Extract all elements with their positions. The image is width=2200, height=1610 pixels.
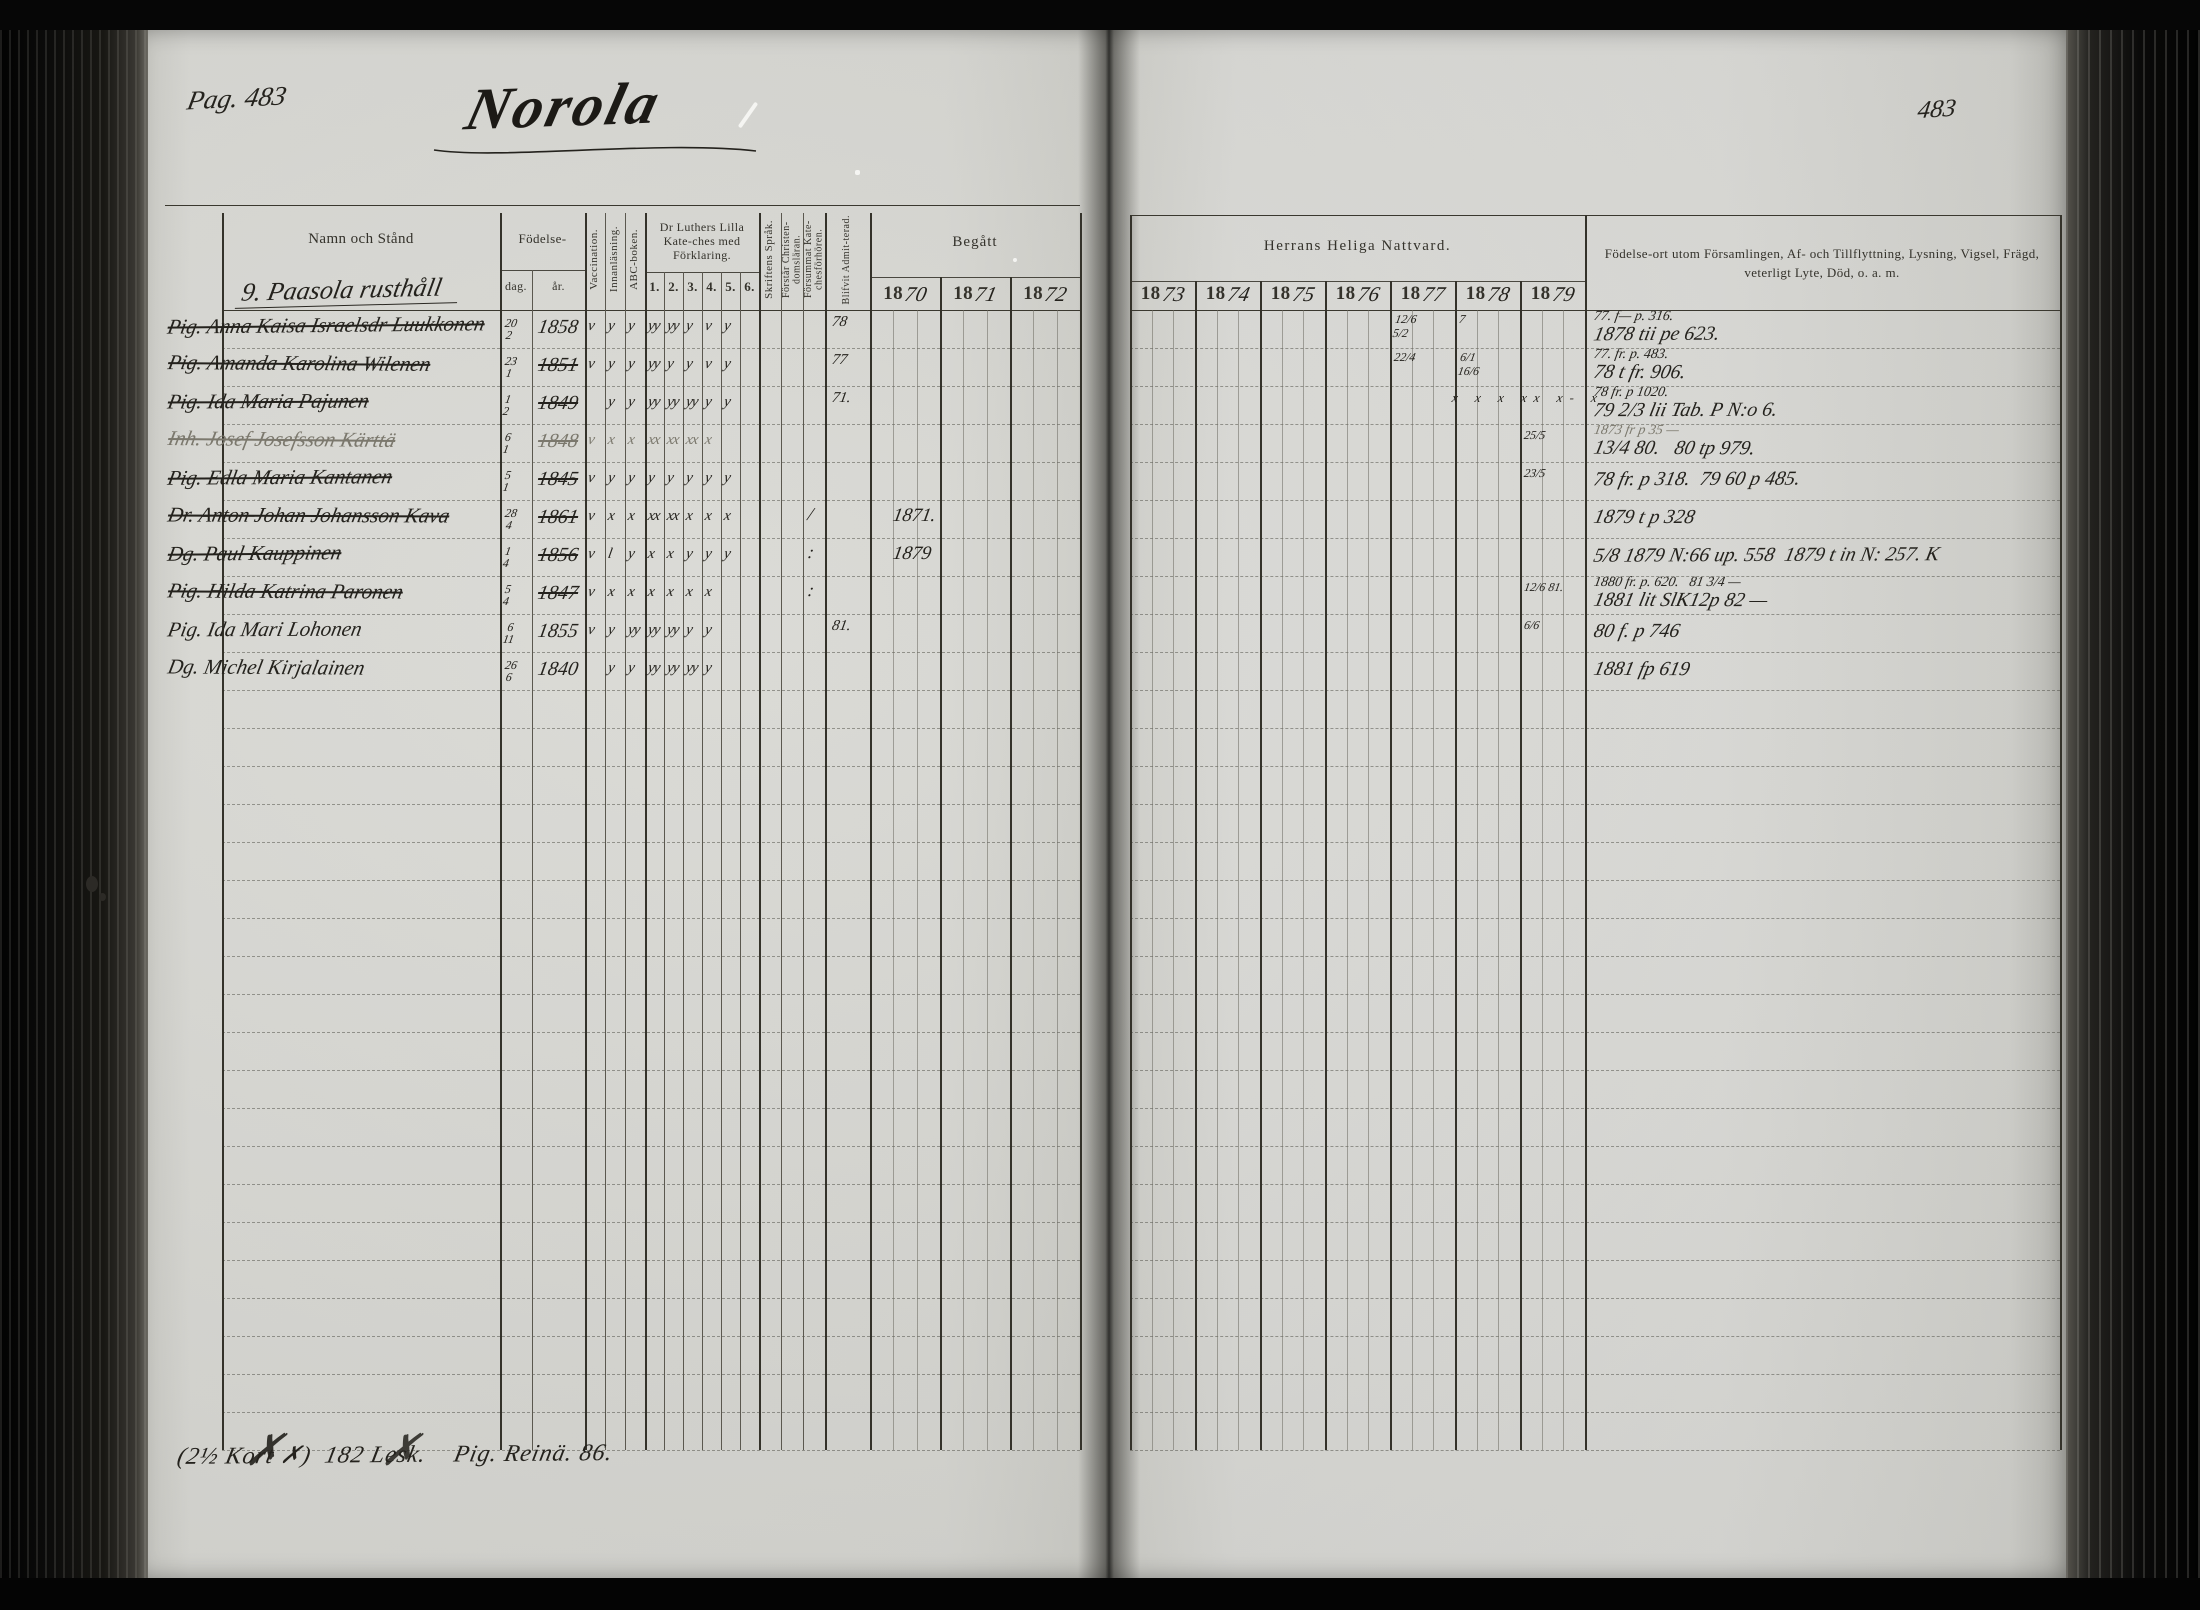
- begatt-subline: [1033, 310, 1034, 1450]
- row-birth-year: 1861: [536, 508, 579, 527]
- nattvard-subline: [1152, 310, 1153, 1450]
- row-mark: x: [685, 585, 693, 599]
- right-row-line: [1130, 728, 2060, 729]
- right-row-line: [1130, 956, 2060, 957]
- row-begatt-1870: 1871.: [891, 507, 937, 525]
- left-header-bottom: [222, 310, 1080, 311]
- row-birth-day: 202: [502, 317, 518, 341]
- vlabel-0: Vaccination.: [585, 213, 605, 306]
- year-1873s-3: 1876: [1325, 282, 1390, 306]
- row-mark: x: [704, 585, 712, 599]
- left-row-line: [222, 1108, 1080, 1109]
- vlabel2-3-text: Blifvit Admit-terad.: [842, 215, 853, 304]
- row-birth-day: 54: [502, 583, 512, 607]
- row-mark: yy: [685, 395, 699, 409]
- right-row-line: [1130, 918, 2060, 919]
- row-birth-day: 231: [502, 355, 518, 379]
- left-row-line: [222, 386, 1080, 387]
- row-mark: y: [627, 395, 635, 409]
- right-row-line: [1130, 1108, 2060, 1109]
- row-name: Pig. Ida Maria Pajunen: [166, 391, 371, 412]
- kateches-col-number: 6.: [740, 278, 759, 296]
- row-name: Dr. Anton Johan Johansson Kava: [166, 506, 451, 527]
- nattvard-year-line: [1390, 281, 1392, 1450]
- vlabel2-1: Förstår Christen-domsläran.: [781, 213, 803, 306]
- kateches-col-number: 1.: [645, 278, 664, 296]
- row-nattvard-1879: 12/6 81.: [1523, 581, 1565, 595]
- row-mark: xx: [647, 433, 661, 447]
- nattvard-subline: [1542, 310, 1543, 1450]
- row-mark: y: [607, 623, 615, 637]
- kateches-col-number: 4.: [702, 278, 721, 296]
- row-mark: v: [587, 585, 595, 599]
- year-1873s-3-written: 76: [1355, 282, 1382, 307]
- row-mark: y: [685, 357, 693, 371]
- left-row-line: [222, 1032, 1080, 1033]
- right-row-line: [1130, 1260, 2060, 1261]
- row-birth-year: 1849: [536, 394, 579, 413]
- row-mark: v: [587, 509, 595, 523]
- row-birth-year: 1858: [536, 318, 579, 337]
- fodelse-divider: [500, 270, 585, 271]
- year-1873s-2: 1875: [1260, 282, 1325, 306]
- row-mark: xx: [666, 433, 680, 447]
- row-mark: y: [685, 547, 693, 561]
- row-admitterad: 81.: [831, 619, 852, 633]
- row-mark: xx: [685, 433, 699, 447]
- row-mark: yy: [685, 661, 699, 675]
- year-1873s-0-written: 73: [1160, 282, 1187, 307]
- right-row-line: [1130, 1070, 2060, 1071]
- right-row-line: [1130, 804, 2060, 805]
- row-name: Dg. Paul Kauppinen: [166, 543, 343, 564]
- row-birth-day-frac: 54: [502, 583, 512, 607]
- nattvard-subline: [1238, 310, 1239, 1450]
- vlabel-0-text: Vaccination.: [589, 229, 601, 290]
- year-1873s-4-written: 77: [1420, 282, 1447, 307]
- left-row-line: [222, 1336, 1080, 1337]
- row-birth-year: 1848: [536, 432, 579, 451]
- row-mark: x: [607, 585, 615, 599]
- row-mark: xx: [666, 509, 680, 523]
- right-row-line: [1130, 1374, 2060, 1375]
- row-remark-line2: 80 f. p 746: [1592, 622, 1682, 641]
- row-mark: v: [587, 357, 595, 371]
- row-mark: v: [587, 319, 595, 333]
- left-table-top-rule: [165, 205, 1080, 206]
- row-remark-line2: 5/8 1879 N:66 up. 558 1879 t in N: 257. …: [1592, 545, 1941, 566]
- vlabel-1: Innanläsning.: [605, 213, 625, 306]
- row-name: Pig. Amanda Karolina Wilenen: [166, 353, 432, 375]
- nattvard-subline: [1498, 310, 1499, 1450]
- begatt-subline: [987, 310, 988, 1450]
- vlabel2-0: Skriftens Språk.: [759, 213, 781, 306]
- row-nattvard-1878: 7: [1458, 313, 1466, 327]
- left-col-line: [870, 213, 872, 1450]
- row-mark: x: [627, 509, 635, 523]
- row-name: Pig. Ida Mari Lohonen: [166, 620, 364, 641]
- left-row-line: [222, 766, 1080, 767]
- row-mark: y: [723, 395, 731, 409]
- left-row-line: [222, 614, 1080, 615]
- row-remark-line1: 78 fr. p 1020.: [1593, 386, 1670, 399]
- left-row-line: [222, 500, 1080, 501]
- row-birth-year: 1855: [536, 622, 579, 641]
- row-remark-line2: 79 2/3 lii Tab. P N:o 6.: [1592, 401, 1779, 420]
- sprak-group-line: [803, 213, 804, 1450]
- nattvard-year-line: [1195, 281, 1197, 1450]
- year-1873s-5: 1878: [1455, 282, 1520, 306]
- row-forsummat-mark: :: [806, 544, 815, 561]
- row-mark: x: [666, 585, 674, 599]
- row-mark: yy: [666, 661, 680, 675]
- row-mark: y: [607, 319, 615, 333]
- year-1873s-5-written: 78: [1485, 282, 1512, 307]
- year-1873s-1: 1874: [1195, 282, 1260, 306]
- nattvard-subline: [1368, 310, 1369, 1450]
- vlabel2-2-text: Försummat Kate-chesförhören.: [804, 213, 825, 306]
- nattvard-year-line: [1520, 281, 1522, 1450]
- row-birth-day-frac: 231: [502, 355, 518, 379]
- right-row-line: [1130, 690, 2060, 691]
- row-mark: y: [704, 547, 712, 561]
- right-row-line: [1130, 1450, 2060, 1451]
- row-mark: y: [685, 319, 693, 333]
- row-birth-year: 1845: [536, 470, 579, 489]
- row-mark: yy: [666, 623, 680, 637]
- left-row-line: [222, 538, 1080, 539]
- right-row-line: [1130, 1184, 2060, 1185]
- left-row-line: [222, 1184, 1080, 1185]
- right-row-line: [1130, 614, 2060, 615]
- row-mark: y: [627, 661, 635, 675]
- begatt-subline: [963, 310, 964, 1450]
- nattvard-subline: [1477, 310, 1478, 1450]
- right-row-line: [1130, 1032, 2060, 1033]
- row-birth-day-frac: 61: [502, 431, 512, 455]
- row-mark: yy: [647, 319, 661, 333]
- row-remark-line2: 78 t fr. 906.: [1592, 363, 1688, 382]
- row-remark-line2: 1879 t p 328: [1592, 508, 1697, 527]
- row-mark: y: [627, 319, 635, 333]
- right-row-line: [1130, 766, 2060, 767]
- left-row-line: [222, 348, 1080, 349]
- left-row-line: [222, 728, 1080, 729]
- kateches-col-number: 3.: [683, 278, 702, 296]
- row-mark: yy: [647, 661, 661, 675]
- row-mark: y: [666, 471, 674, 485]
- year-1870s-1-written: 71: [972, 282, 999, 307]
- row-birth-day: 611: [502, 621, 517, 645]
- row-begatt-1870: 1879: [891, 545, 932, 563]
- vlabel-1-text: Innanläsning.: [609, 226, 621, 292]
- year-1870s-2-written: 72: [1042, 282, 1069, 307]
- row-name: Inh. Josef Josefsson Kärttä: [166, 429, 397, 451]
- row-name: Dg. Michel Kirjalainen: [166, 657, 366, 678]
- row-mark: x: [627, 585, 635, 599]
- row-mark: v: [587, 547, 595, 561]
- year-1870s-1: 1871: [940, 282, 1010, 306]
- right-row-line: [1130, 880, 2060, 881]
- row-name: Pig. Edla Maria Kantanen: [166, 467, 394, 489]
- begatt-years-top: [870, 277, 1080, 278]
- begatt-subline: [893, 310, 894, 1450]
- right-row-line: [1130, 842, 2060, 843]
- row-forsummat-mark: :: [806, 582, 815, 599]
- row-forsummat-mark: /: [806, 506, 814, 523]
- row-mark: x: [666, 547, 674, 561]
- year-1873s-0: 1873: [1130, 282, 1195, 306]
- row-birth-day-frac: 12: [502, 393, 512, 417]
- row-remark-line1: 77. fr. p. 483.: [1593, 348, 1670, 361]
- row-mark: y: [647, 471, 655, 485]
- vlabel2-0-text: Skriftens Språk.: [764, 220, 776, 299]
- row-birth-day-frac: 14: [502, 545, 512, 569]
- row-birth-year: 1851: [536, 356, 579, 375]
- bottom-note-cross: ✗: [242, 1430, 286, 1472]
- row-remark-line1: 1880 fr. p. 620. 81 3/4 —: [1593, 576, 1742, 589]
- kateches-line: [721, 272, 722, 1450]
- left-row-line: [222, 1146, 1080, 1147]
- row-mark: x: [607, 433, 615, 447]
- row-remark-line2: 1881 fp 619: [1592, 660, 1692, 679]
- nattvard-year-line: [1325, 281, 1327, 1450]
- row-mark: y: [723, 319, 731, 333]
- sprak-group-line: [781, 213, 782, 1450]
- nattvard-subline: [1347, 310, 1348, 1450]
- row-remark-line2: 1881 lit SlK12p 82 —: [1592, 591, 1769, 610]
- row-mark: xx: [647, 509, 661, 523]
- right-row-line: [1130, 538, 2060, 539]
- year-1870s-0-written: 70: [902, 282, 929, 307]
- row-mark: y: [723, 471, 731, 485]
- left-row-line: [222, 424, 1080, 425]
- left-col-line: [825, 213, 827, 1450]
- left-row-line: [222, 994, 1080, 995]
- row-mark: x: [627, 433, 635, 447]
- left-row-line: [222, 1222, 1080, 1223]
- right-row-line: [1130, 652, 2060, 653]
- row-mark: y: [685, 623, 693, 637]
- year-1873s-6: 1879: [1520, 282, 1585, 306]
- row-mark: y: [704, 395, 712, 409]
- row-mark: y: [723, 547, 731, 561]
- row-mark: y: [704, 623, 712, 637]
- row-name: Pig. Hilda Katrina Paronen: [166, 581, 405, 602]
- year-1873s-6-written: 79: [1550, 282, 1577, 307]
- vacc-group-line: [605, 213, 606, 1450]
- year-1873s-2-written: 75: [1290, 282, 1317, 307]
- begatt-year-line: [940, 277, 942, 1450]
- left-row-line: [222, 652, 1080, 653]
- row-birth-year: 1856: [536, 546, 579, 565]
- left-row-line: [222, 804, 1080, 805]
- left-col-line: [759, 213, 761, 1450]
- left-row-line: [222, 1412, 1080, 1413]
- kateches-line: [702, 272, 703, 1450]
- row-mark: v: [587, 471, 595, 485]
- row-mark: y: [627, 547, 635, 561]
- row-mark: v: [704, 357, 712, 371]
- right-row-line: [1130, 1146, 2060, 1147]
- nattvard-subline: [1433, 310, 1434, 1450]
- row-remark-line1: 77. f— p. 316.: [1593, 310, 1675, 323]
- row-admitterad: 78: [831, 315, 849, 329]
- row-mark: y: [685, 471, 693, 485]
- row-birth-day: 12: [502, 393, 512, 417]
- row-mark: y: [607, 471, 615, 485]
- dag-ar-line: [532, 270, 533, 1450]
- row-remark-line2: 78 fr. p 318. 79 60 p 485.: [1592, 470, 1802, 490]
- left-row-line: [222, 880, 1080, 881]
- nattvard-subline: [1303, 310, 1304, 1450]
- left-row-line: [222, 1070, 1080, 1071]
- row-birth-day-frac: 611: [502, 621, 517, 645]
- year-1873s-4: 1877: [1390, 282, 1455, 306]
- bottom-note-cross: ✗: [378, 1430, 422, 1472]
- row-birth-day: 266: [502, 659, 518, 683]
- row-birth-year: 1847: [536, 584, 579, 603]
- left-row-line: [222, 1298, 1080, 1299]
- row-admitterad: 71.: [831, 391, 852, 405]
- row-mark: x: [647, 547, 655, 561]
- left-row-line: [222, 576, 1080, 577]
- row-remark-line2: 13/4 80. 80 tp 979.: [1592, 439, 1757, 459]
- kateches-col-number: 2.: [664, 278, 683, 296]
- row-mark: y: [704, 661, 712, 675]
- row-mark: l: [607, 547, 613, 561]
- row-nattvard-1879: 23/5: [1523, 467, 1547, 481]
- row-birth-day: 284: [502, 507, 518, 531]
- row-birth-day-frac: 51: [502, 469, 512, 493]
- row-nattvard-1879: 6/6: [1523, 619, 1541, 633]
- row-birth-day: 14: [502, 545, 512, 569]
- left-col-line: [1080, 213, 1082, 1450]
- row-mark: y: [607, 395, 615, 409]
- left-row-line: [222, 690, 1080, 691]
- row-mark: yy: [647, 357, 661, 371]
- begatt-subline: [917, 310, 918, 1450]
- right-row-line: [1130, 462, 2060, 463]
- row-mark: yy: [647, 623, 661, 637]
- left-row-line: [222, 462, 1080, 463]
- vacc-group-line: [625, 213, 626, 1450]
- begatt-year-line: [1010, 277, 1012, 1450]
- row-birth-day-frac: 266: [502, 659, 518, 683]
- row-nattvard-1879: 25/5: [1523, 429, 1547, 443]
- right-row-line: [1130, 1336, 2060, 1337]
- row-mark: yy: [666, 395, 680, 409]
- kateches-line: [740, 272, 741, 1450]
- row-mark: y: [666, 357, 674, 371]
- nattvard-subline: [1217, 310, 1218, 1450]
- right-row-line: [1130, 994, 2060, 995]
- row-mark: x: [704, 433, 712, 447]
- row-mark: x: [685, 509, 693, 523]
- nattvard-subline: [1282, 310, 1283, 1450]
- scanned-parish-register: Pag. 483 Norola 483 Namn och Stånd 9. Pa…: [0, 0, 2200, 1610]
- row-mark: v: [587, 433, 595, 447]
- left-row-line: [222, 956, 1080, 957]
- begatt-subline: [1057, 310, 1058, 1450]
- row-mark: yy: [666, 319, 680, 333]
- row-mark: v: [587, 623, 595, 637]
- right-row-line: [1130, 500, 2060, 501]
- right-row-line: [1130, 1412, 2060, 1413]
- right-table-top-rule: [1130, 215, 2060, 216]
- row-birth-day-frac: 284: [502, 507, 518, 531]
- row-birth-year: 1840: [536, 660, 579, 679]
- row-mark: y: [627, 471, 635, 485]
- row-mark: y: [723, 357, 731, 371]
- left-col-line: [585, 213, 587, 1450]
- nattvard-year-line: [1260, 281, 1262, 1450]
- row-mark: y: [607, 357, 615, 371]
- year-1873s-1-written: 74: [1225, 282, 1252, 307]
- row-mark: yy: [647, 395, 661, 409]
- left-row-line: [222, 842, 1080, 843]
- row-mark: y: [607, 661, 615, 675]
- left-col-line: [500, 213, 502, 1450]
- year-1870s-2: 1872: [1010, 282, 1080, 306]
- row-nattvard-1877: 22/4: [1393, 351, 1417, 365]
- row-mark: x: [607, 509, 615, 523]
- row-remark-line2: 1878 tii pe 623.: [1592, 325, 1722, 345]
- vlabel-2-text: ABC-boken.: [629, 229, 641, 290]
- row-birth-day: 51: [502, 469, 512, 493]
- year-1870s-0: 1870: [870, 282, 940, 306]
- row-nattvard-1878: 6/1 16/6: [1457, 351, 1483, 379]
- row-mark: y: [704, 471, 712, 485]
- left-row-line: [222, 1260, 1080, 1261]
- right-row-line: [1130, 1298, 2060, 1299]
- row-mark: y: [627, 357, 635, 371]
- nattvard-subline: [1412, 310, 1413, 1450]
- nattvard-year-line: [1455, 281, 1457, 1450]
- table-overlay: Vaccination.Innanläsning.ABC-boken.Skrif…: [0, 0, 2200, 1610]
- left-row-line: [222, 1374, 1080, 1375]
- vlabel2-2: Försummat Kate-chesförhören.: [803, 213, 825, 306]
- right-col-line: [1130, 215, 1132, 1450]
- vlabel2-3: Blifvit Admit-terad.: [825, 213, 870, 306]
- kateches-line: [683, 272, 684, 1450]
- row-xmarks: x x x xx x- x: [1451, 392, 1605, 404]
- row-mark: x: [704, 509, 712, 523]
- vlabel2-1-text: Förstår Christen-domsläran.: [782, 213, 803, 306]
- row-remark-line1: 1873 fr p 35 —: [1593, 424, 1680, 437]
- row-mark: x: [723, 509, 731, 523]
- left-col-line: [645, 213, 647, 1450]
- right-col-line: [2060, 215, 2062, 1450]
- row-nattvard-1877: 12/6 5/2: [1392, 313, 1418, 341]
- row-mark: yy: [627, 623, 641, 637]
- row-birth-day: 61: [502, 431, 512, 455]
- row-birth-day-frac: 202: [502, 317, 518, 341]
- kateches-col-number: 5.: [721, 278, 740, 296]
- right-row-line: [1130, 1222, 2060, 1223]
- row-admitterad: 77: [831, 353, 849, 367]
- row-mark: x: [647, 585, 655, 599]
- nattvard-subline: [1563, 310, 1564, 1450]
- row-name: Pig. Anna Kaisa Israelsdr Luukkonen: [166, 314, 487, 337]
- kateches-line: [664, 272, 665, 1450]
- row-mark: v: [704, 319, 712, 333]
- vlabel-2: ABC-boken.: [625, 213, 645, 306]
- left-row-line: [222, 918, 1080, 919]
- nattvard-subline: [1173, 310, 1174, 1450]
